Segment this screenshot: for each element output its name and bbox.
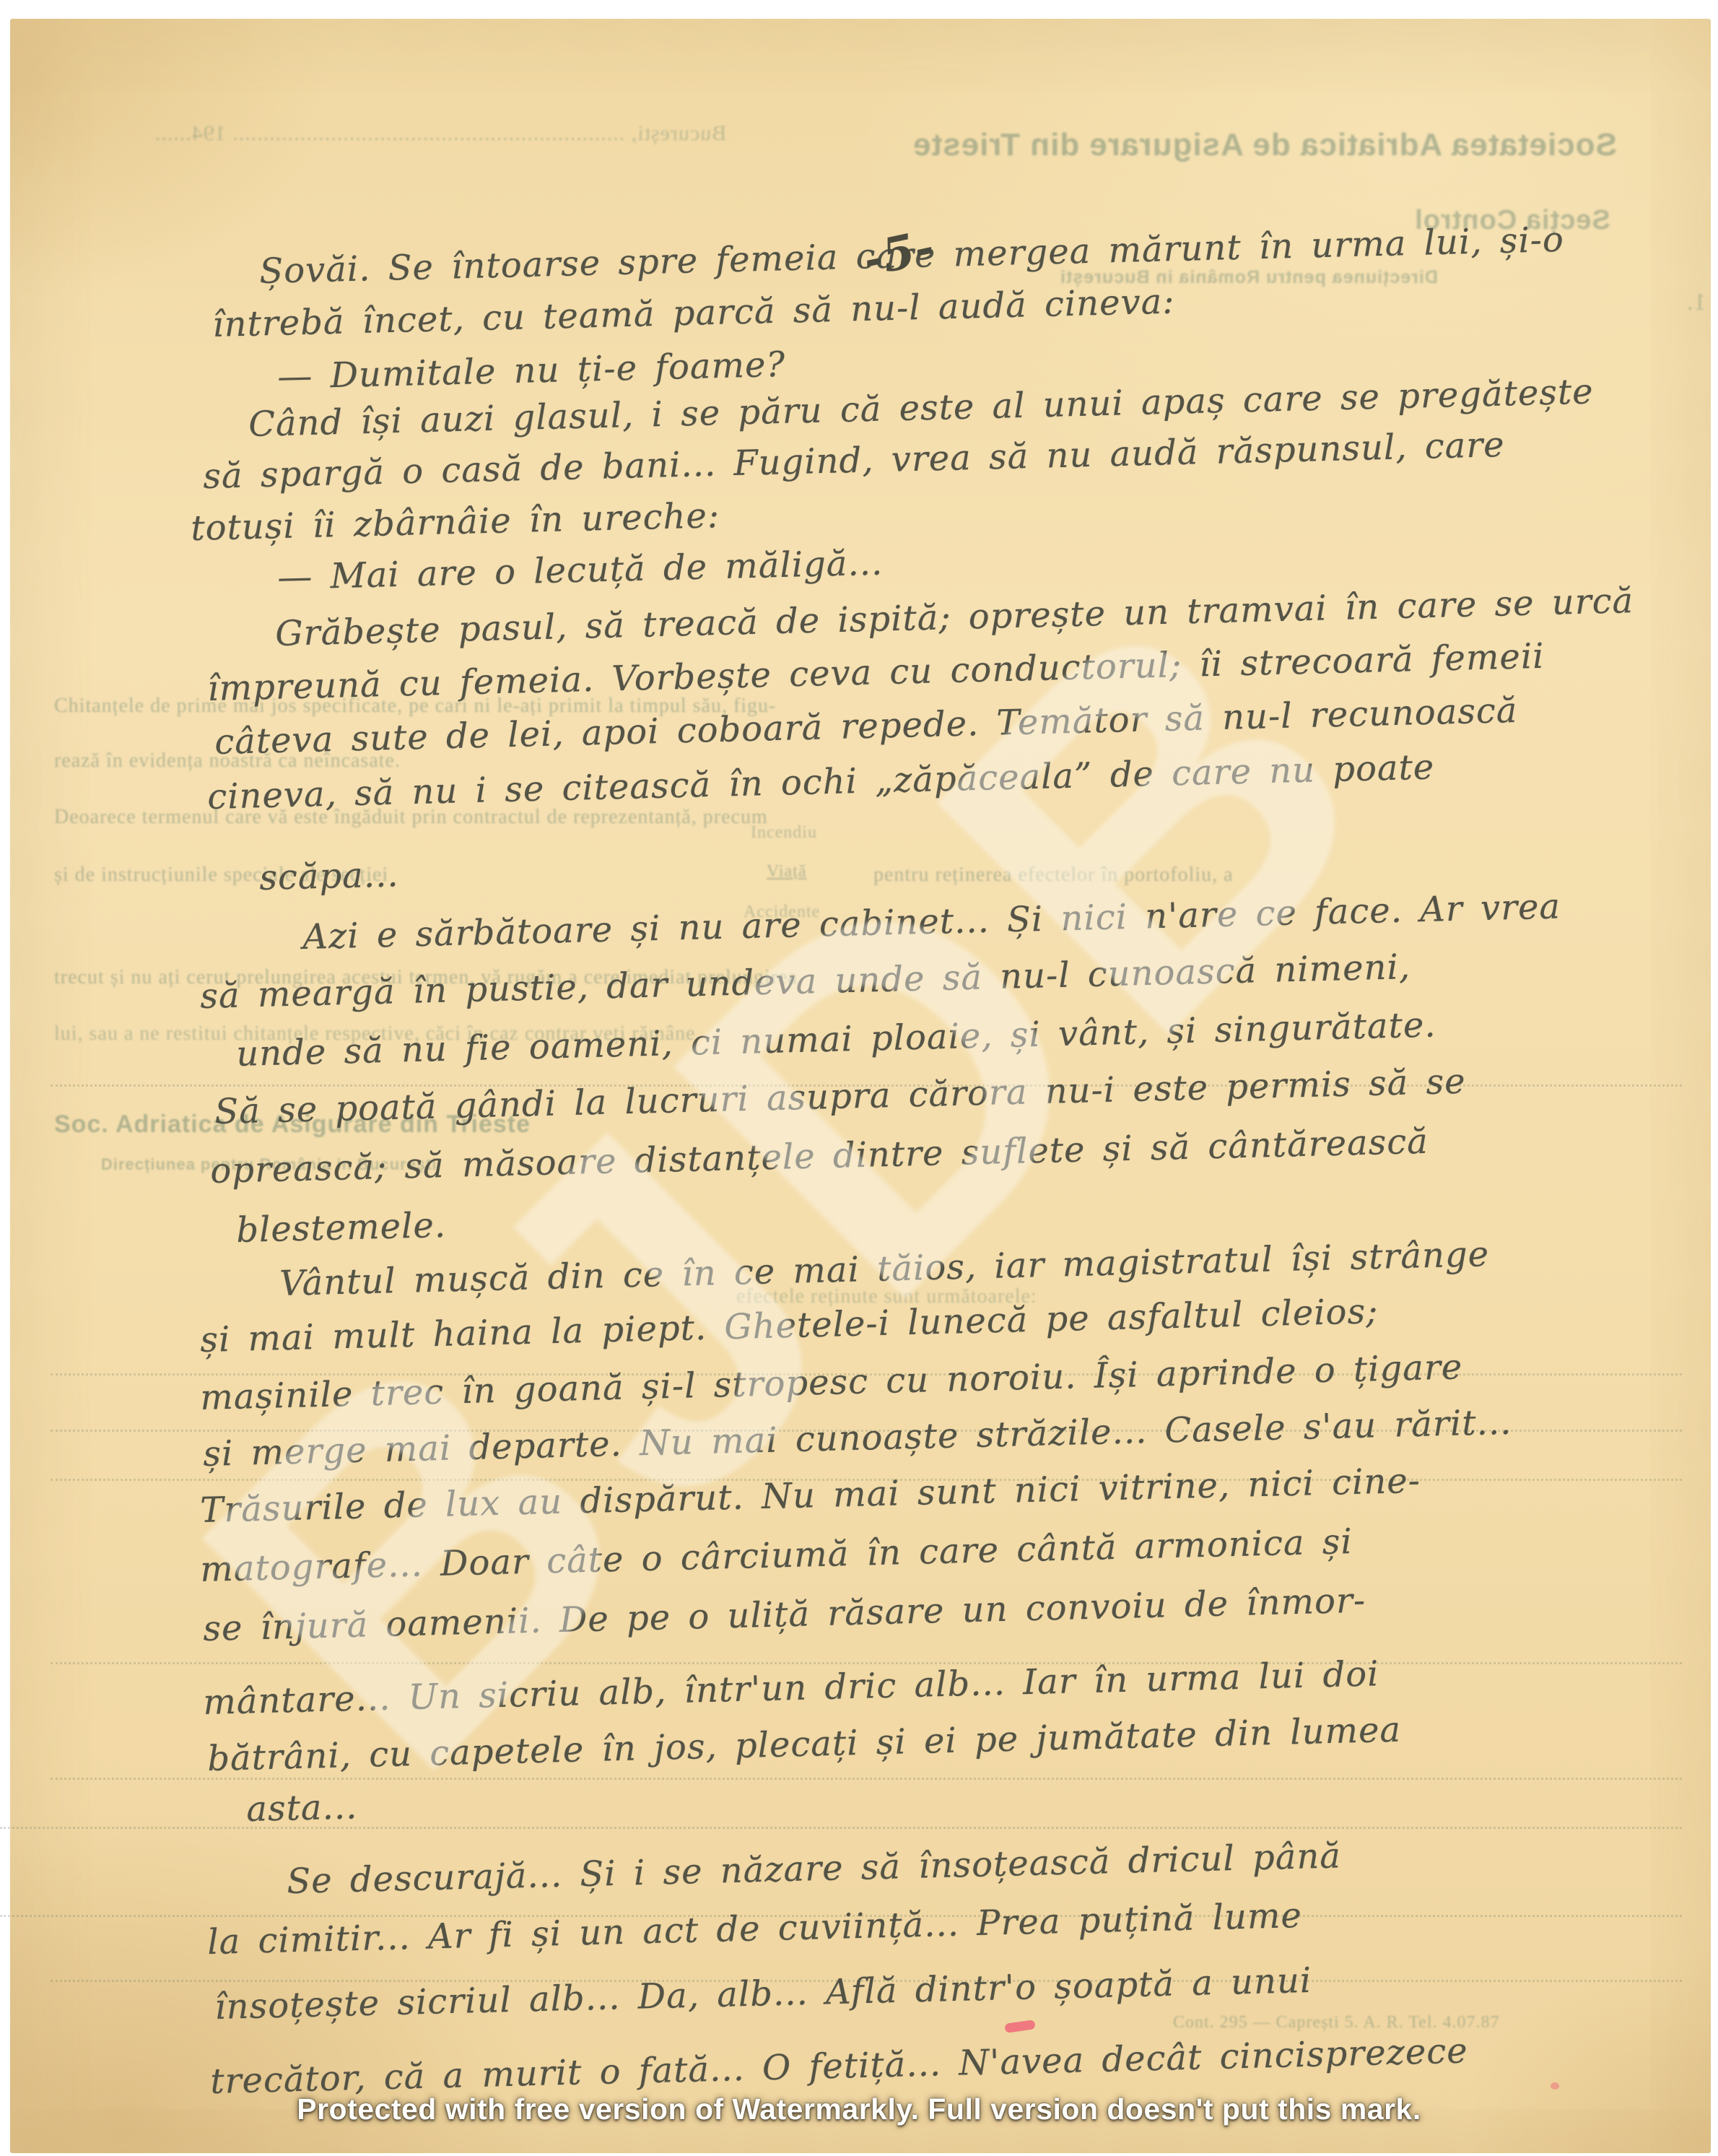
manuscript-line: scăpa... <box>259 854 400 898</box>
scanned-document-page: Societatea Adriatica de Asigurare din Tr… <box>0 0 1718 2156</box>
manuscript-line: — Dumitale nu ți-e foame? <box>277 344 786 397</box>
red-speck <box>1551 2082 1559 2090</box>
manuscript-line: trecător, că a murit o fată... O fetiță.… <box>210 2030 1469 2102</box>
watermarkly-notice: Protected with free version of Watermark… <box>0 2092 1718 2126</box>
manuscript-line: — Mai are o lecuță de măligă... <box>277 543 884 598</box>
manuscript-line: întrebă încet, cu teamă parcă să nu-l au… <box>212 281 1175 345</box>
manuscript-line: Șovăi. Se întoarse spre femeia care merg… <box>259 219 1565 292</box>
manuscript-line: totuși îi zbârnâie în ureche: <box>191 495 720 549</box>
